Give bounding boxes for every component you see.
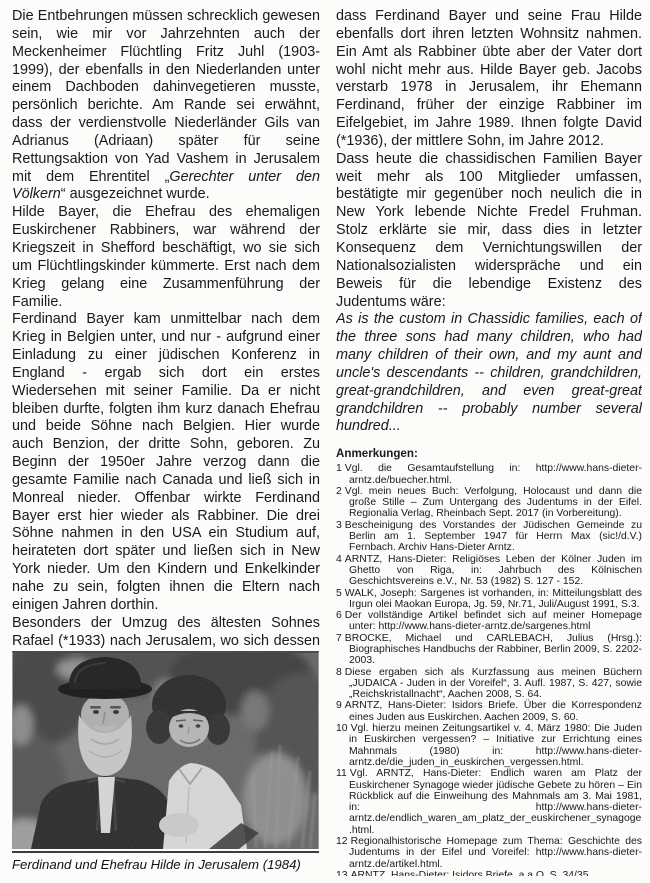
footnote-number: 7 bbox=[336, 633, 345, 644]
paragraph-entbehrungen: Die Entbehrungen müssen schrecklich gewe… bbox=[12, 8, 320, 204]
footnote-item: 11Vgl. ARNTZ, Hans-Dieter: Endlich waren… bbox=[336, 768, 642, 836]
footnote-number: 4 bbox=[336, 554, 345, 565]
footnote-number: 12 bbox=[336, 836, 351, 847]
footnote-item: 12Regionalhistorische Homepage zum Thema… bbox=[336, 836, 642, 870]
footnote-item: 2Vgl. mein neues Buch: Verfolgung, Holoc… bbox=[336, 486, 642, 520]
couple-photo-illustration bbox=[13, 653, 318, 849]
english-quote: As is the custom in Chassidic families, … bbox=[336, 311, 642, 436]
footnote-text: Der vollständige Artikel befindet sich a… bbox=[345, 610, 642, 632]
footnote-item: 9ARNTZ, Hans-Dieter: Isidors Briefe. Übe… bbox=[336, 700, 642, 723]
footnotes-list: 1Vgl. die Gesamtaufstellung in: http://w… bbox=[336, 463, 642, 876]
footnote-item: 5WALK, Joseph: Sargenes ist vorhanden, i… bbox=[336, 588, 642, 611]
footnote-number: 3 bbox=[336, 520, 345, 531]
footnote-number: 2 bbox=[336, 486, 345, 497]
paragraph-letzter-wohnsitz: dass Ferdinand Bayer und seine Frau Hild… bbox=[336, 8, 642, 151]
footnote-text: Regionalhistorische Homepage zum Thema: … bbox=[349, 836, 642, 870]
footnote-text: BROCKE, Michael und CARLEBACH, Julius (H… bbox=[345, 633, 642, 667]
photo-caption: Ferdinand und Ehefrau Hilde in Jerusalem… bbox=[12, 857, 319, 873]
footnote-item: 1Vgl. die Gesamtaufstellung in: http://w… bbox=[336, 463, 642, 486]
footnote-number: 11 bbox=[336, 768, 350, 779]
footnote-text: Vgl. die Gesamtaufstellung in: http://ww… bbox=[345, 463, 642, 485]
paragraph-chassidische-familien: Dass heute die chassidischen Familien Ba… bbox=[336, 151, 642, 312]
paragraph-text: Die Entbehrungen müssen schrecklich gewe… bbox=[12, 8, 320, 185]
footnote-number: 1 bbox=[336, 463, 345, 474]
footnote-number: 9 bbox=[336, 700, 345, 711]
footnote-item: 4ARNTZ, Hans-Dieter: Religiöses Leben de… bbox=[336, 554, 642, 588]
footnote-item: 8Diese ergaben sich als Kurzfassung aus … bbox=[336, 667, 642, 701]
photo-figure: Ferdinand und Ehefrau Hilde in Jerusalem… bbox=[12, 651, 319, 873]
footnote-text: ARNTZ, Hans-Dieter: Religiöses Leben der… bbox=[345, 554, 642, 588]
scanned-document-page: Die Entbehrungen müssen schrecklich gewe… bbox=[0, 0, 650, 883]
footnote-text: WALK, Joseph: Sargenes ist vorhanden, in… bbox=[345, 588, 642, 610]
right-column: dass Ferdinand Bayer und seine Frau Hild… bbox=[336, 8, 642, 876]
annotations-heading: Anmerkungen: bbox=[336, 448, 642, 460]
footnote-text: Diese ergaben sich als Kurzfassung aus m… bbox=[345, 667, 642, 701]
paragraph-hilde-bayer: Hilde Bayer, die Ehefrau des ehemaligen … bbox=[12, 204, 320, 311]
footnote-item: 6Der vollständige Artikel befindet sich … bbox=[336, 610, 642, 633]
footnote-text: Vgl. hierzu meinen Zeitungsartikel v. 4.… bbox=[349, 723, 642, 768]
paragraph-text: “ ausgezeichnet wurde. bbox=[61, 186, 210, 202]
photo bbox=[12, 651, 319, 849]
footnote-text: ARNTZ, Hans-Dieter: Isidors Briefe, a.a.… bbox=[351, 870, 592, 876]
footnote-text: ARNTZ, Hans-Dieter: Isidors Briefe. Über… bbox=[345, 700, 642, 722]
footnote-item: 3Bescheinigung des Vorstandes der Jüdisc… bbox=[336, 520, 642, 554]
paragraph-ferdinand-bayer: Ferdinand Bayer kam unmittelbar nach dem… bbox=[12, 311, 320, 614]
footnote-item: 7BROCKE, Michael und CARLEBACH, Julius (… bbox=[336, 633, 642, 667]
footnote-item: 10Vgl. hierzu meinen Zeitungsartikel v. … bbox=[336, 723, 642, 768]
paragraph-umzug-rafael: Besonders der Umzug des ältesten Sohnes … bbox=[12, 615, 320, 651]
footnote-item: 13ARNTZ, Hans-Dieter: Isidors Briefe, a.… bbox=[336, 870, 642, 876]
footnote-text: Vgl. ARNTZ, Hans-Dieter: Endlich waren a… bbox=[349, 768, 642, 835]
left-column: Die Entbehrungen müssen schrecklich gewe… bbox=[12, 8, 320, 651]
footnote-text: Vgl. mein neues Buch: Verfolgung, Holoca… bbox=[345, 486, 642, 520]
footnote-number: 8 bbox=[336, 667, 345, 678]
footnote-text: Bescheinigung des Vorstandes der Jüdisch… bbox=[345, 520, 642, 554]
footnote-number: 5 bbox=[336, 588, 345, 599]
footnote-number: 13 bbox=[336, 870, 351, 876]
footnote-number: 10 bbox=[336, 723, 351, 734]
caption-divider bbox=[12, 851, 319, 853]
footnote-number: 6 bbox=[336, 610, 345, 621]
